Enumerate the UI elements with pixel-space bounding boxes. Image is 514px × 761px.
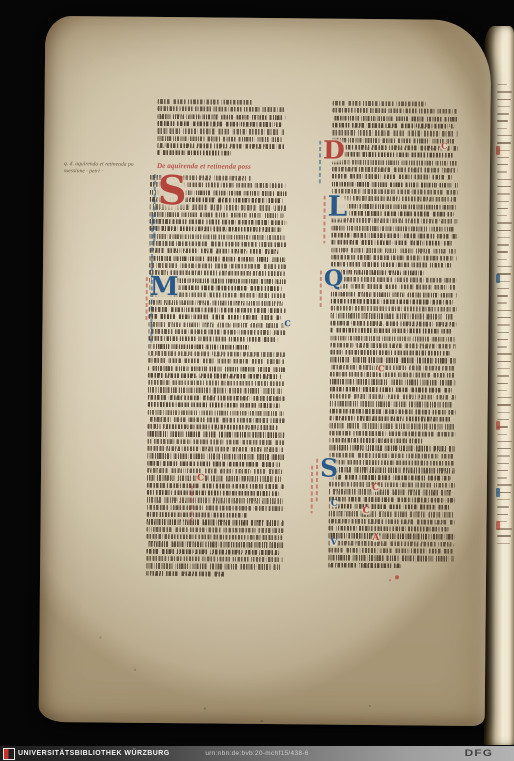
- script-line: [331, 313, 455, 319]
- ink-speck: [99, 636, 101, 638]
- fore-edge-script-line: [497, 514, 508, 515]
- fore-edge-script-line: [497, 288, 509, 289]
- script-line: [146, 571, 225, 577]
- script-line: [147, 461, 280, 467]
- script-line: [148, 395, 285, 402]
- fore-edge-script-line: [497, 317, 511, 318]
- script-line: [148, 321, 284, 327]
- script-line: [330, 372, 455, 378]
- script-line: [330, 328, 451, 334]
- pen-flourish: [145, 277, 147, 321]
- fore-edge-script-line: [497, 251, 508, 252]
- script-line: [331, 240, 452, 246]
- script-line: [330, 379, 456, 385]
- fore-edge-script-line: [497, 164, 508, 165]
- marginal-gloss-line: ssessione · petri ·: [64, 168, 152, 176]
- illuminated-initial: L: [326, 194, 348, 221]
- script-line: [148, 343, 249, 349]
- script-line: [157, 150, 231, 156]
- fore-edge-script-line: [497, 222, 512, 223]
- script-line: [330, 320, 456, 326]
- fore-edge-script-line: [497, 383, 508, 384]
- fore-edge-script-line: [497, 499, 510, 500]
- script-line: [148, 329, 285, 336]
- script-line: [332, 123, 454, 129]
- ink-speck: [204, 707, 206, 709]
- script-line: [146, 527, 283, 534]
- dfg-logo: DFG: [465, 747, 493, 761]
- script-line: [331, 306, 457, 312]
- illuminated-initial: C: [283, 320, 291, 328]
- urn-identifier-label: urn:nbn:de:bvb:20-mchf15/438-6: [205, 746, 308, 761]
- script-line: [329, 423, 454, 429]
- script-line: [147, 497, 283, 503]
- fore-edge-script-line: [497, 215, 507, 216]
- script-line: [157, 121, 281, 127]
- script-line: [330, 386, 452, 392]
- script-line: [157, 106, 284, 112]
- script-line: [147, 505, 284, 512]
- script-line: [332, 181, 458, 187]
- fore-edge-script-line: [497, 506, 509, 507]
- fore-edge-initial-mark: [496, 421, 500, 430]
- script-line: [329, 504, 450, 510]
- script-line: [146, 541, 283, 548]
- fore-edge-script-line: [497, 310, 512, 311]
- pen-flourish-tail: [311, 465, 313, 513]
- script-line: [331, 298, 453, 304]
- ink-speck: [369, 705, 371, 707]
- script-line: [331, 247, 456, 253]
- fore-edge-script-line: [497, 455, 510, 456]
- script-line: [328, 540, 454, 546]
- fore-edge-script-line: [497, 448, 511, 449]
- script-line: [148, 380, 285, 387]
- script-line: [331, 277, 457, 283]
- script-line: [331, 262, 451, 268]
- fore-edge-script-line: [497, 441, 512, 442]
- fore-edge-script-line: [497, 244, 509, 245]
- fore-edge-script-line: [497, 353, 512, 354]
- fore-edge-script-line: [497, 477, 507, 478]
- fore-edge-script-line: [497, 171, 507, 172]
- manuscript-scan-viewport: De aquirenda et retinenda poss q. d. aqu…: [0, 0, 514, 761]
- fore-edge-script-line: [497, 302, 507, 303]
- script-line: [330, 342, 456, 348]
- page-decorations-layer: [45, 16, 491, 20]
- script-line: [148, 402, 280, 408]
- illuminated-initial: V: [329, 539, 338, 548]
- fore-edge-script-line: [497, 390, 507, 391]
- script-line: [329, 460, 454, 466]
- fore-edge-initial-mark: [496, 274, 500, 283]
- script-line: [331, 233, 457, 239]
- fore-edge-script-line: [497, 404, 511, 405]
- fore-edge-initial-mark: [496, 488, 500, 497]
- illuminated-initial: C: [362, 507, 371, 516]
- script-line: [146, 563, 280, 569]
- script-line: [332, 152, 453, 158]
- pen-flourish: [320, 271, 322, 308]
- script-line: [157, 136, 282, 142]
- script-line: [330, 350, 450, 356]
- script-line: [331, 284, 456, 290]
- illuminated-initial: C: [440, 143, 448, 151]
- illuminated-initial: S: [157, 172, 188, 210]
- script-line: [330, 394, 456, 400]
- fore-edge-script-line: [497, 135, 512, 136]
- fore-edge-script-line: [497, 535, 511, 536]
- script-line: [148, 365, 285, 372]
- fore-edge-script-line: [497, 208, 508, 209]
- script-line: [149, 307, 286, 314]
- fore-edge-script-line: [497, 128, 507, 129]
- script-line: [147, 446, 283, 452]
- script-line: [331, 291, 457, 297]
- script-line: [329, 467, 455, 473]
- fore-edge-script-line: [497, 186, 511, 187]
- script-line: [147, 483, 284, 490]
- fore-edge-script-line: [497, 99, 511, 100]
- fore-edge-initial-mark: [496, 146, 500, 155]
- fore-edge-script-line: [497, 266, 512, 267]
- script-line: [328, 548, 453, 554]
- script-line: [329, 445, 455, 451]
- script-line: [329, 438, 422, 444]
- fore-edge-script-line: [497, 106, 510, 107]
- illuminated-initial: C: [196, 474, 205, 483]
- script-line: [149, 263, 286, 270]
- script-line: [148, 409, 284, 415]
- library-name-label: UNIVERSITÄTSBIBLIOTHEK WÜRZBURG: [18, 746, 170, 761]
- script-line: [329, 511, 454, 517]
- script-line: [148, 351, 285, 358]
- script-line: [157, 114, 285, 120]
- script-line: [332, 174, 452, 180]
- fore-edge-script-line: [497, 157, 509, 158]
- script-line: [148, 336, 278, 342]
- script-line: [148, 387, 282, 393]
- fore-edge-script-line: [497, 142, 511, 143]
- script-line: [328, 562, 401, 568]
- script-line: [328, 526, 448, 532]
- illuminated-initial: C: [371, 484, 380, 493]
- fore-edge-script-line: [497, 368, 510, 369]
- script-line: [147, 475, 281, 481]
- script-line: [330, 357, 456, 363]
- script-line: [148, 373, 281, 379]
- script-line: [332, 203, 458, 209]
- script-line: [329, 430, 455, 436]
- fore-edge-script-line: [497, 113, 509, 114]
- script-line: [330, 408, 456, 414]
- illuminated-initial: C: [377, 365, 385, 373]
- fore-edge-script-line: [497, 91, 512, 92]
- script-line: [330, 401, 454, 407]
- script-line: [148, 417, 285, 424]
- fore-edge-script-line: [497, 84, 507, 85]
- script-line: [331, 211, 453, 217]
- illuminated-initial: D: [322, 139, 346, 163]
- script-line: [329, 496, 455, 502]
- script-line: [157, 143, 285, 149]
- ub-wuerzburg-logo-icon: [3, 748, 15, 760]
- script-line: [332, 159, 457, 165]
- fore-edge-initial-mark: [496, 521, 500, 530]
- marginal-gloss: q. d. aquirenda et retinenda po ssession…: [64, 161, 152, 176]
- fore-edge-script-line: [497, 201, 509, 202]
- illuminated-initial: M: [149, 275, 180, 300]
- viewer-footer-bar: UNIVERSITÄTSBIBLIOTHEK WÜRZBURG urn:nbn:…: [0, 746, 514, 761]
- ink-speck: [261, 720, 263, 722]
- pen-flourish: [316, 458, 318, 501]
- fore-edge-script-line: [497, 375, 509, 376]
- script-line: [149, 255, 286, 262]
- script-line: [332, 196, 457, 202]
- script-line: [147, 512, 248, 518]
- script-line: [331, 218, 457, 224]
- script-line: [147, 424, 277, 430]
- fore-edge-script-line: [497, 412, 510, 413]
- script-line: [330, 335, 455, 341]
- script-line: [329, 452, 455, 458]
- manuscript-page: De aquirenda et retinenda poss q. d. aqu…: [39, 16, 492, 726]
- script-line: [157, 128, 285, 134]
- fore-edge-script-line: [497, 259, 507, 260]
- pen-flourish: [319, 141, 321, 184]
- script-line: [332, 108, 457, 114]
- illuminated-initials-layer: SMDLQSCCCAVCCCC: [45, 16, 491, 20]
- script-line: [146, 534, 282, 540]
- illuminated-initial: Q: [323, 269, 344, 290]
- script-line: [330, 364, 456, 370]
- script-line: [331, 225, 455, 231]
- script-line: [147, 453, 284, 460]
- script-line: [148, 314, 280, 320]
- fore-edge-script-line: [497, 332, 509, 333]
- fore-edge-script-line: [497, 470, 508, 471]
- text-block-top-paragraph: [157, 99, 286, 159]
- illuminated-initial: C: [330, 500, 339, 509]
- illuminated-initial: A: [371, 534, 380, 543]
- illuminated-initial: S: [319, 457, 339, 481]
- ink-speck: [134, 669, 136, 671]
- script-line: [149, 248, 279, 254]
- script-line: [332, 130, 458, 136]
- script-line: [329, 518, 455, 524]
- fore-edge-script-line: [497, 179, 512, 180]
- fore-edge-script-line: [497, 361, 511, 362]
- script-line: [147, 490, 279, 496]
- script-line: [146, 556, 283, 563]
- script-line: [147, 439, 284, 446]
- fore-edge-script-line: [497, 193, 510, 194]
- script-line: [149, 226, 281, 232]
- script-line: [328, 555, 454, 561]
- fore-edge-script-line: [497, 295, 508, 296]
- fore-edge-script-line: [497, 463, 509, 464]
- fore-edge-script-line: [497, 120, 508, 121]
- script-line: [149, 219, 286, 226]
- text-column-right: [328, 101, 458, 571]
- fore-edge-script-line: [497, 230, 511, 231]
- script-line: [147, 468, 284, 475]
- script-line: [149, 241, 286, 248]
- text-column-left: [146, 175, 287, 579]
- script-line: [146, 549, 279, 555]
- fore-edge-script-line: [497, 434, 507, 435]
- script-line: [333, 101, 426, 107]
- script-line: [331, 254, 457, 260]
- script-line: [328, 533, 454, 539]
- script-line: [332, 189, 458, 195]
- fore-edge-script-line: [497, 484, 512, 485]
- fore-edge-script-line: [497, 543, 510, 544]
- script-line: [147, 431, 284, 438]
- fore-edge-script-line: [497, 397, 512, 398]
- ink-speck: [395, 575, 399, 579]
- script-line: [329, 489, 453, 495]
- fore-edge-script-line: [497, 339, 508, 340]
- script-line: [332, 137, 456, 143]
- script-line: [158, 99, 253, 105]
- script-line: [329, 474, 451, 480]
- script-line: [148, 358, 284, 364]
- script-line: [149, 234, 285, 240]
- fore-edge-script-line: [497, 324, 510, 325]
- fore-edge-script-line: [497, 346, 507, 347]
- script-line: [332, 115, 458, 121]
- script-line: [332, 167, 458, 173]
- script-line: [147, 519, 284, 526]
- pen-flourish: [323, 196, 325, 244]
- fore-edge-script-line: [497, 237, 510, 238]
- script-line: [330, 416, 451, 422]
- script-line: [329, 482, 455, 488]
- script-line: [331, 269, 424, 275]
- ink-speck: [389, 579, 391, 581]
